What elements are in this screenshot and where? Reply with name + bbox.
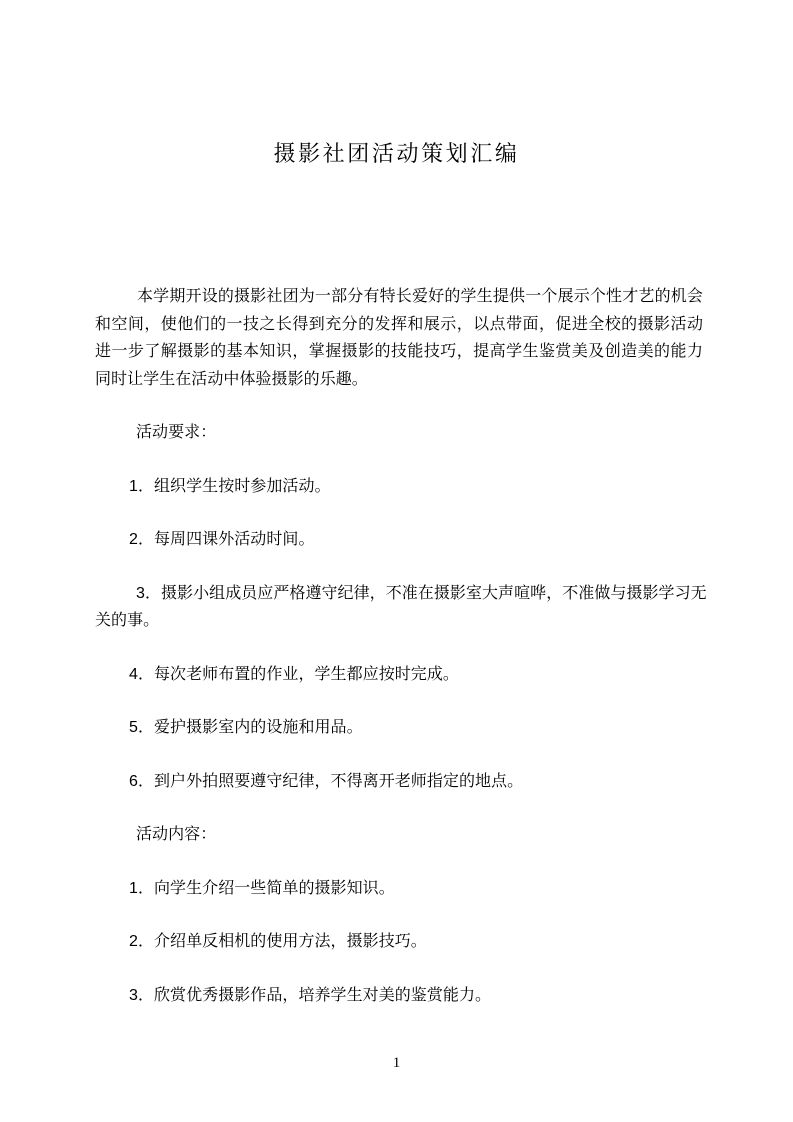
content-item-1: 1．向学生介绍一些简单的摄影知识。 (95, 875, 703, 903)
intro-paragraph: 本学期开设的摄影社团为一部分有特长爱好的学生提供一个展示个性才艺的机会和空间，使… (95, 283, 703, 393)
requirement-item-5: 5．爱护摄影室内的设施和用品。 (95, 714, 703, 742)
requirement-item-1: 1．组织学生按时参加活动。 (95, 473, 703, 501)
section-heading-requirements: 活动要求： (95, 419, 703, 447)
requirement-item-3: 3．摄影小组成员应严格遵守纪律，不准在摄影室大声喧哗，不准做与摄影学习无关的事。 (95, 580, 715, 635)
content-item-3: 3．欣赏优秀摄影作品，培养学生对美的鉴赏能力。 (95, 982, 703, 1010)
content-item-2: 2．介绍单反相机的使用方法，摄影技巧。 (95, 928, 703, 956)
page-title: 摄影社团活动策划汇编 (0, 0, 793, 169)
requirement-item-2: 2．每周四课外活动时间。 (95, 526, 703, 554)
requirement-item-4: 4．每次老师布置的作业，学生都应按时完成。 (95, 661, 703, 689)
page-number: 1 (0, 1053, 793, 1073)
requirement-item-6: 6．到户外拍照要遵守纪律，不得离开老师指定的地点。 (95, 768, 703, 796)
section-heading-contents: 活动内容： (95, 821, 703, 849)
document-page: 摄影社团活动策划汇编 本学期开设的摄影社团为一部分有特长爱好的学生提供一个展示个… (0, 0, 793, 1122)
